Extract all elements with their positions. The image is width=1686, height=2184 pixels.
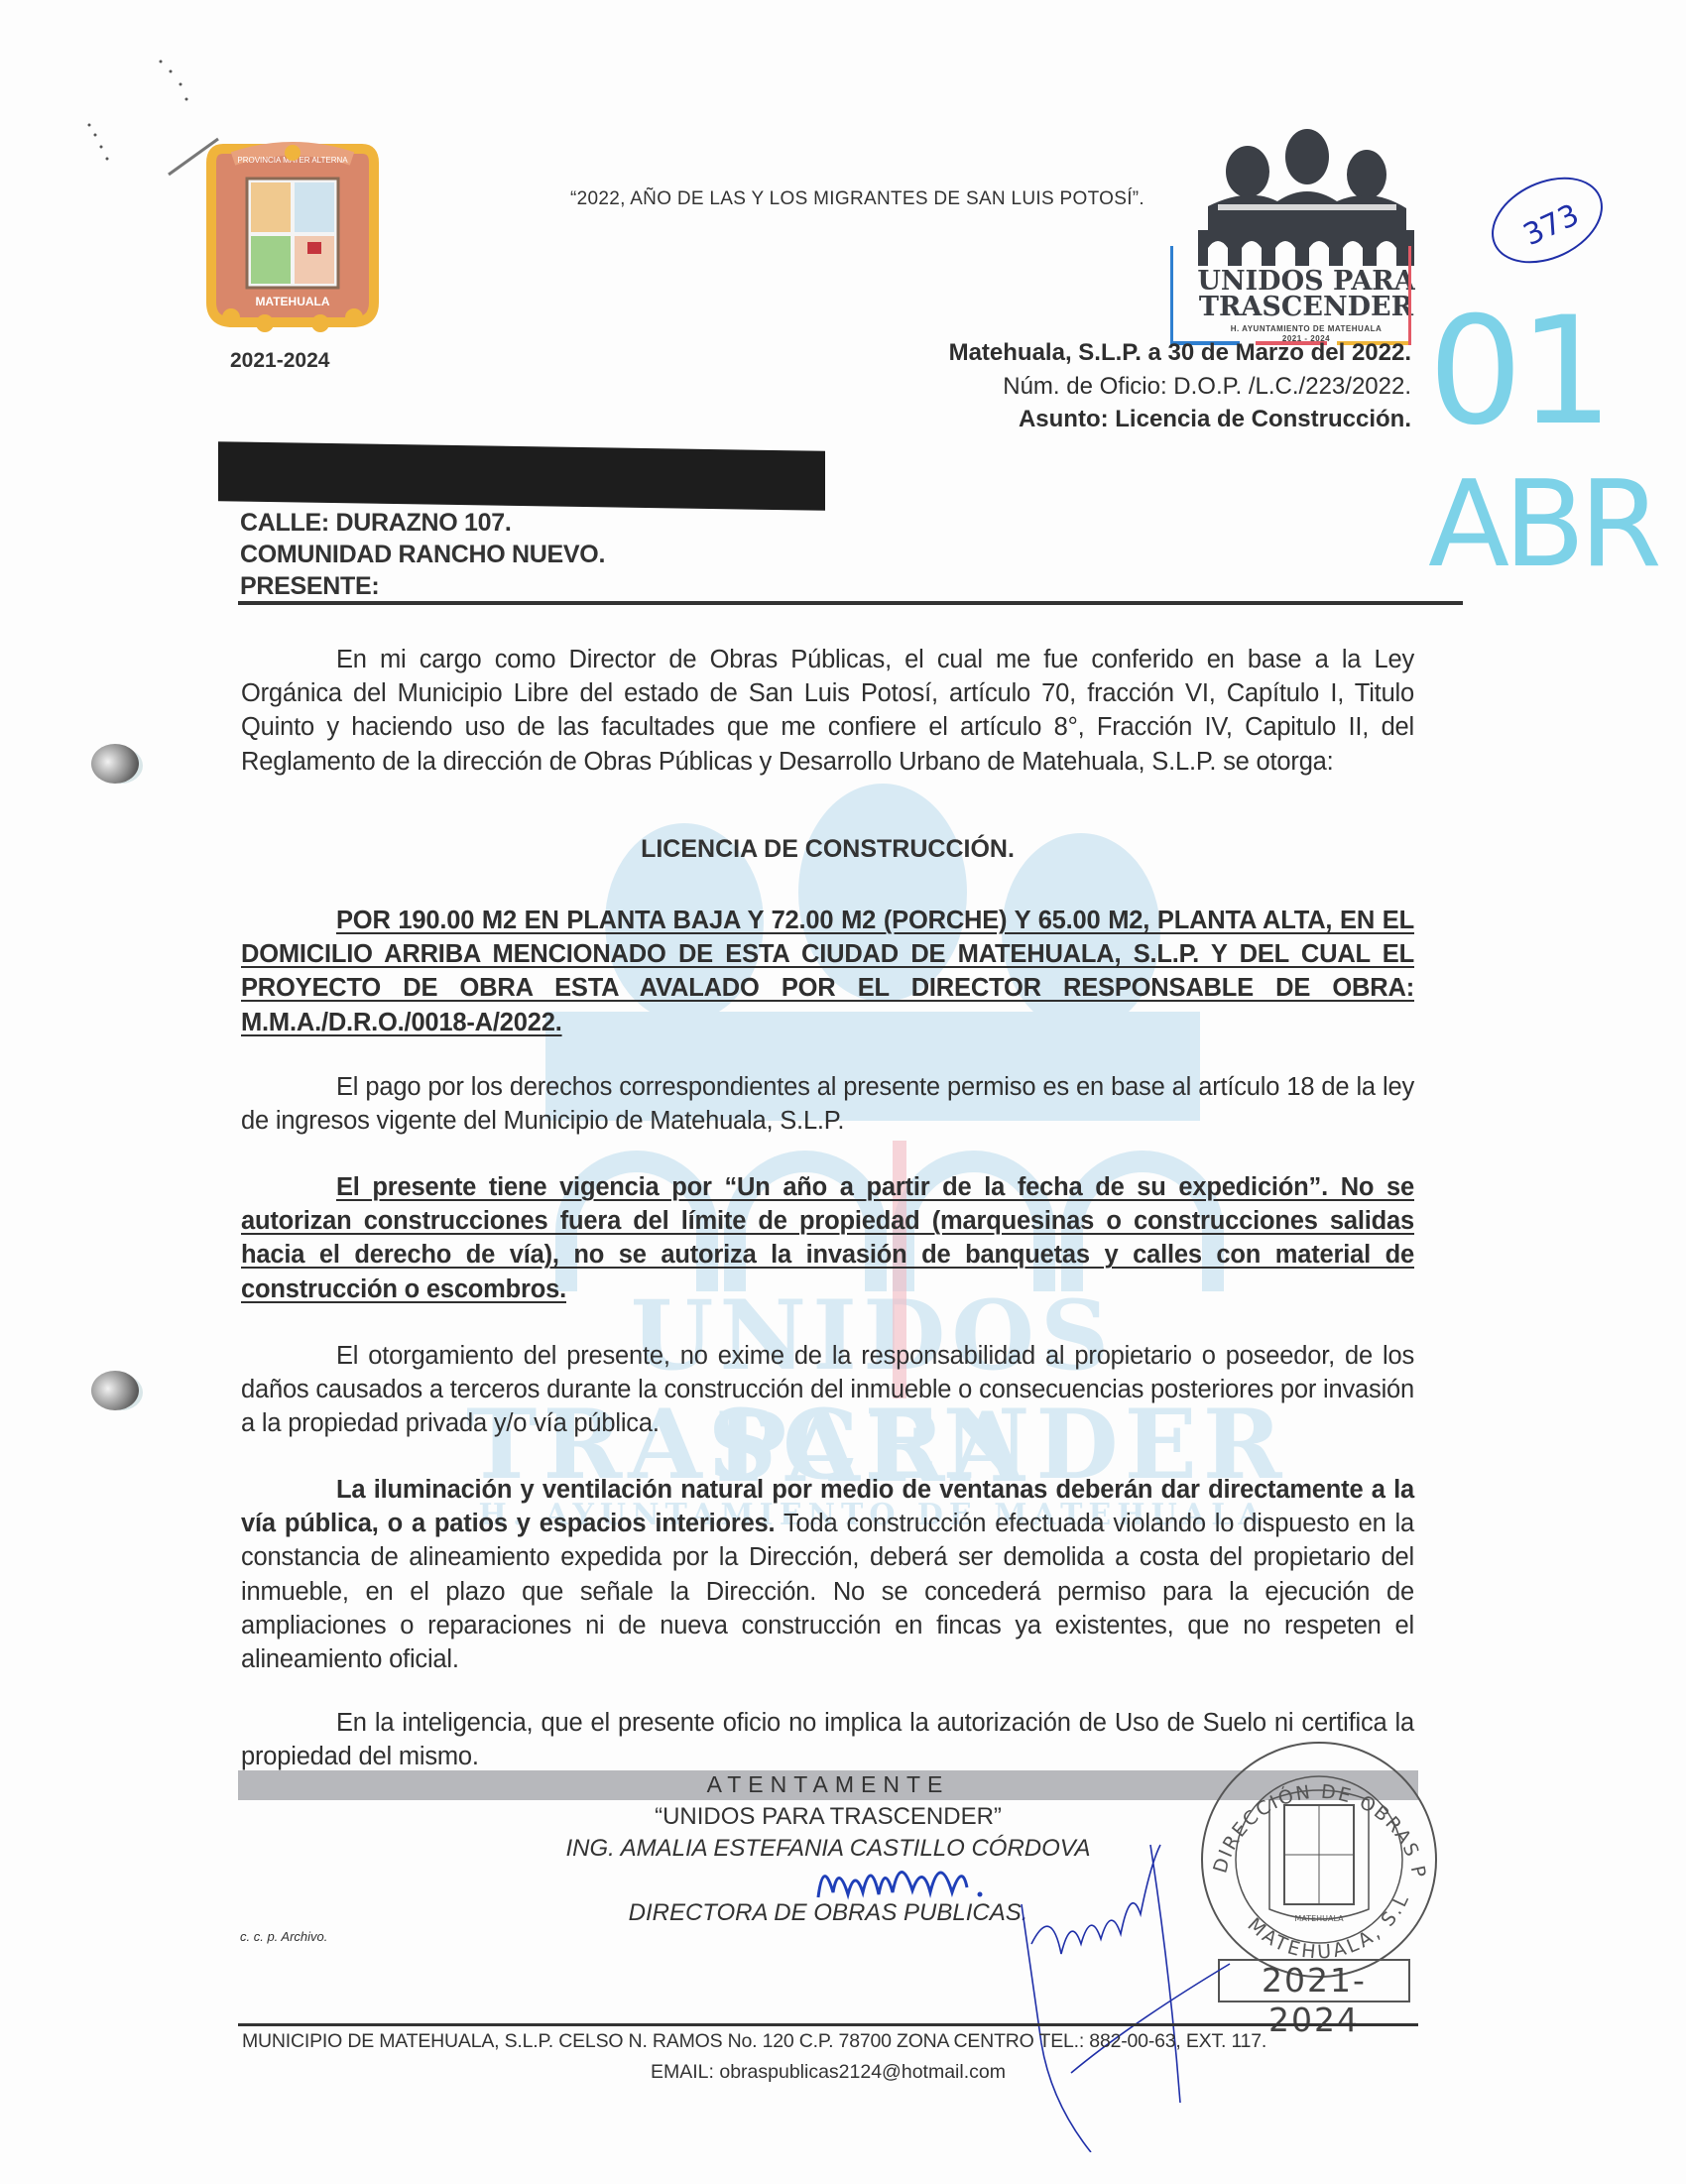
header-divider <box>238 601 1463 605</box>
seal-inner-label: MATEHUALA <box>1294 1914 1344 1923</box>
place-date: Matehuala, S.L.P. a 30 de Marzo del 2022… <box>949 339 1411 367</box>
received-stamp-month: ABR <box>1428 466 1656 585</box>
validity-paragraph: El presente tiene vigencia por “Un año a… <box>241 1170 1414 1306</box>
party-logo-subtitle: H. AYUNTAMIENTO DE MATEHUALA <box>1178 324 1434 333</box>
initials-signature-icon <box>992 1825 1250 2152</box>
ccp-archivo: c. c. p. Archivo. <box>240 1929 327 1944</box>
punch-hole-icon <box>91 1371 139 1410</box>
presente-label: PRESENTE: <box>240 572 379 601</box>
intro-paragraph: En mi cargo como Director de Obras Públi… <box>241 643 1414 779</box>
footer-address: MUNICIPIO DE MATEHUALA, S.L.P. CELSO N. … <box>242 2030 1417 2053</box>
arches-icon <box>1198 230 1414 266</box>
punch-hole-icon <box>91 744 139 784</box>
address-community: COMUNIDAD RANCHO NUEVO. <box>240 541 605 569</box>
license-title: LICENCIA DE CONSTRUCCIÓN. <box>241 835 1414 864</box>
footer-email[interactable]: EMAIL: obraspublicas2124@hotmail.com <box>238 2061 1418 2084</box>
payment-paragraph: El pago por los derechos correspondiente… <box>241 1070 1414 1138</box>
party-logo-line2: TRASCENDER <box>1178 294 1434 321</box>
redacted-recipient-name <box>218 441 825 511</box>
received-stamp-day: 01 <box>1428 298 1610 446</box>
municipal-crest-logo: PROVINCIA MATER ALTERNA MATEHUALA <box>203 139 382 332</box>
oficio-number: Núm. de Oficio: D.O.P. /L.C./223/2022. <box>1003 373 1411 401</box>
handwritten-number-annotation: 373 <box>1483 171 1612 270</box>
handwritten-number: 373 <box>1518 197 1585 253</box>
crest-caption: MATEHUALA <box>255 295 329 308</box>
unidos-para-trascender-logo: UNIDOS PARA TRASCENDER H. AYUNTAMIENTO D… <box>1178 127 1434 345</box>
people-silhouettes-icon <box>1208 127 1406 236</box>
year-tagline: “2022, AÑO DE LAS Y LOS MIGRANTES DE SAN… <box>570 188 1144 210</box>
subject: Asunto: Licencia de Construcción. <box>1019 406 1411 433</box>
lighting-paragraph: La iluminación y ventilación natural por… <box>241 1473 1414 1676</box>
footer-divider <box>238 2023 1418 2026</box>
crest-years: 2021-2024 <box>230 349 329 373</box>
license-detail-paragraph: POR 190.00 M2 EN PLANTA BAJA Y 72.00 M2 … <box>241 904 1414 1039</box>
liability-paragraph: El otorgamiento del presente, no exime d… <box>241 1339 1414 1441</box>
address-street: CALLE: DURAZNO 107. <box>240 509 512 538</box>
